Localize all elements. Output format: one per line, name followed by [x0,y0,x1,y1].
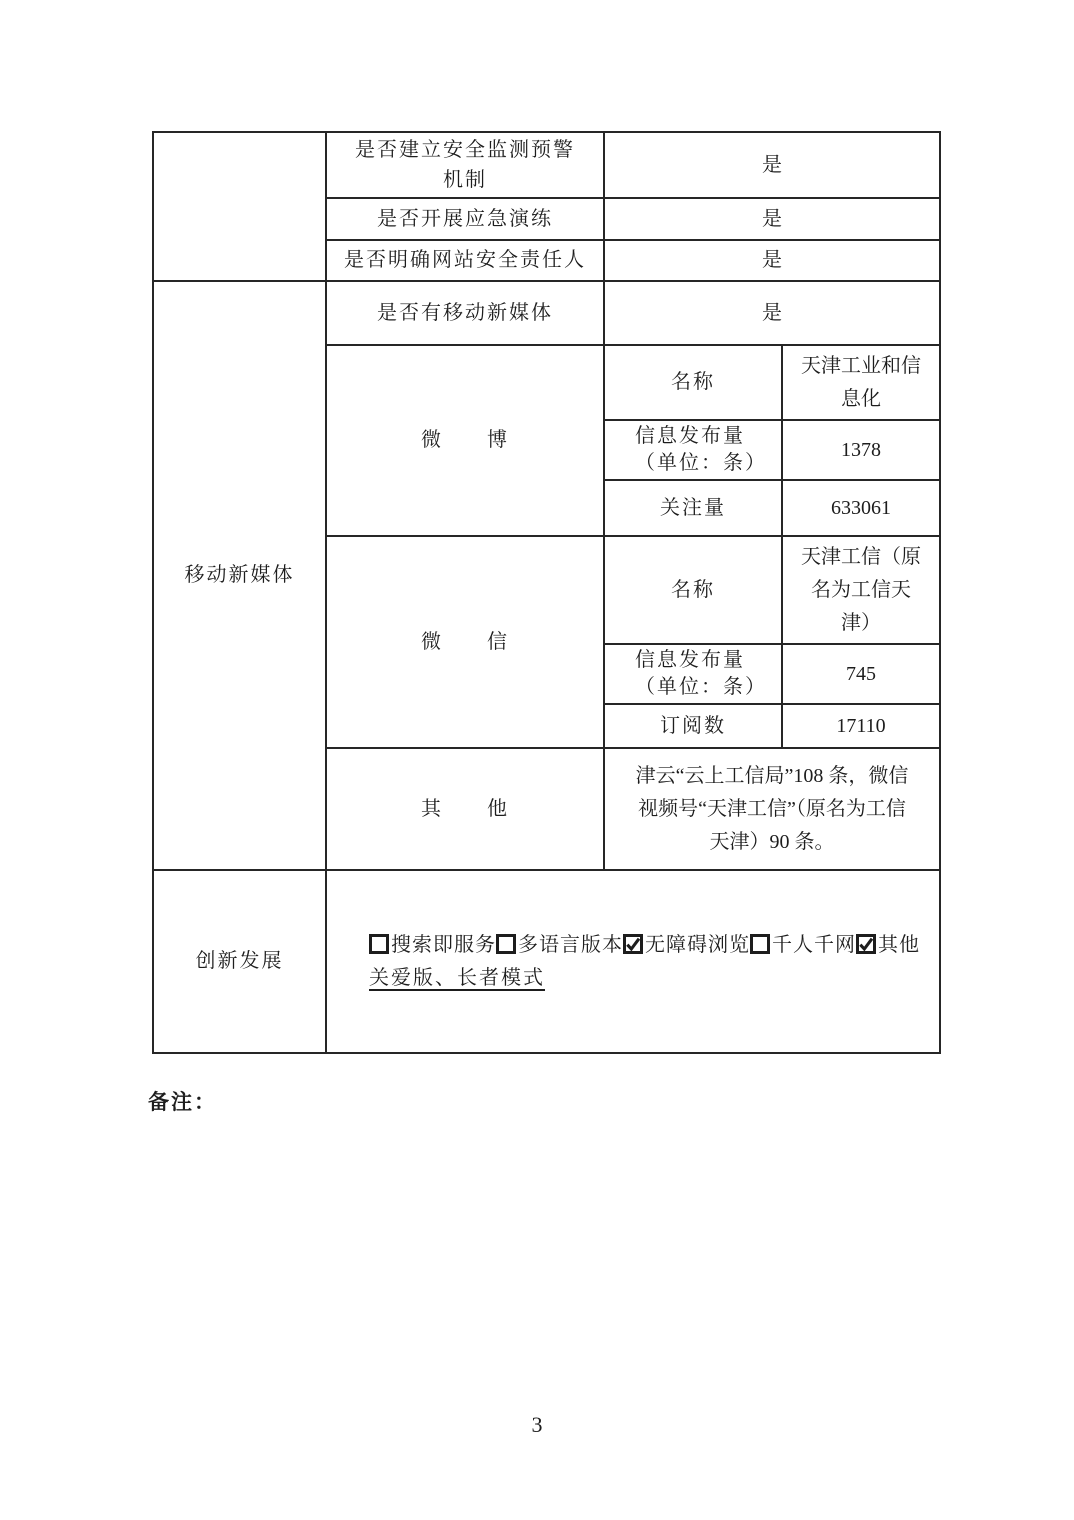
row-value-has-mobile-media: 是 [604,281,940,345]
report-table: 是否建立安全监测预警 机制 是 是否开展应急演练 是 是否明确网站安全责任人 是… [152,131,941,1054]
wechat-posts-label: 信息发布量 （单位：条） [604,644,782,704]
innovation-option-label: 多语言版本 [518,934,623,956]
unchecked-checkbox-icon[interactable] [369,934,389,954]
innovation-option: 搜索即服务 [369,934,496,956]
innovation-option: 其他 [856,934,920,956]
row-value-emergency-drill: 是 [604,198,940,240]
innovation-content-cell: 搜索即服务多语言版本无障碍浏览千人千网其他 关爱版、长者模式 [326,870,940,1053]
wechat-name-value: 天津工信（原 名为工信天 津） [782,536,940,644]
row-label-has-mobile-media: 是否有移动新媒体 [326,281,604,345]
wechat-posts-value: 745 [782,644,940,704]
checked-checkbox-icon[interactable] [623,934,643,954]
row-value-security-monitoring: 是 [604,132,940,198]
notes-label: 备注： [148,1086,217,1116]
innovation-option-label: 其他 [878,934,920,956]
other-media-value: 津云“云上工信局”108 条，微信 视频号“天津工信”（原名为工信 天津）90 … [604,748,940,870]
innovation-other-detail: 关爱版、长者模式 [369,962,545,994]
innovation-option: 千人千网 [750,934,856,956]
page-number: 3 [0,1412,1074,1438]
check-icon [625,936,641,952]
document-page: 是否建立安全监测预警 机制 是 是否开展应急演练 是 是否明确网站安全责任人 是… [0,0,1074,1520]
section-label-mobile-media: 移动新媒体 [153,281,326,870]
wechat-name-label: 名称 [604,536,782,644]
innovation-option-label: 千人千网 [772,934,856,956]
weibo-followers-label: 关注量 [604,480,782,536]
unchecked-checkbox-icon[interactable] [496,934,516,954]
weibo-posts-label: 信息发布量 （单位：条） [604,420,782,480]
checked-checkbox-icon[interactable] [856,934,876,954]
weibo-name-value: 天津工业和信 息化 [782,345,940,420]
innovation-option-label: 搜索即服务 [391,934,496,956]
row-label-emergency-drill: 是否开展应急演练 [326,198,604,240]
weibo-name-label: 名称 [604,345,782,420]
innovation-option-label: 无障碍浏览 [645,934,750,956]
innovation-option: 多语言版本 [496,934,623,956]
innovation-options-row: 搜索即服务多语言版本无障碍浏览千人千网其他 [369,928,933,962]
platform-label-other: 其 他 [326,748,604,870]
check-icon [858,936,874,952]
weibo-followers-value: 633061 [782,480,940,536]
row-label-security-monitoring: 是否建立安全监测预警 机制 [326,132,604,198]
row-label-security-responsible-person: 是否明确网站安全责任人 [326,240,604,281]
section-label-innovation: 创新发展 [153,870,326,1053]
unchecked-checkbox-icon[interactable] [750,934,770,954]
platform-label-wechat: 微 信 [326,536,604,748]
platform-label-weibo: 微 博 [326,345,604,536]
wechat-subscribers-value: 17110 [782,704,940,748]
innovation-option: 无障碍浏览 [623,934,750,956]
wechat-subscribers-label: 订阅数 [604,704,782,748]
row-value-security-responsible-person: 是 [604,240,940,281]
weibo-posts-value: 1378 [782,420,940,480]
section-cell-security-empty [153,132,326,281]
